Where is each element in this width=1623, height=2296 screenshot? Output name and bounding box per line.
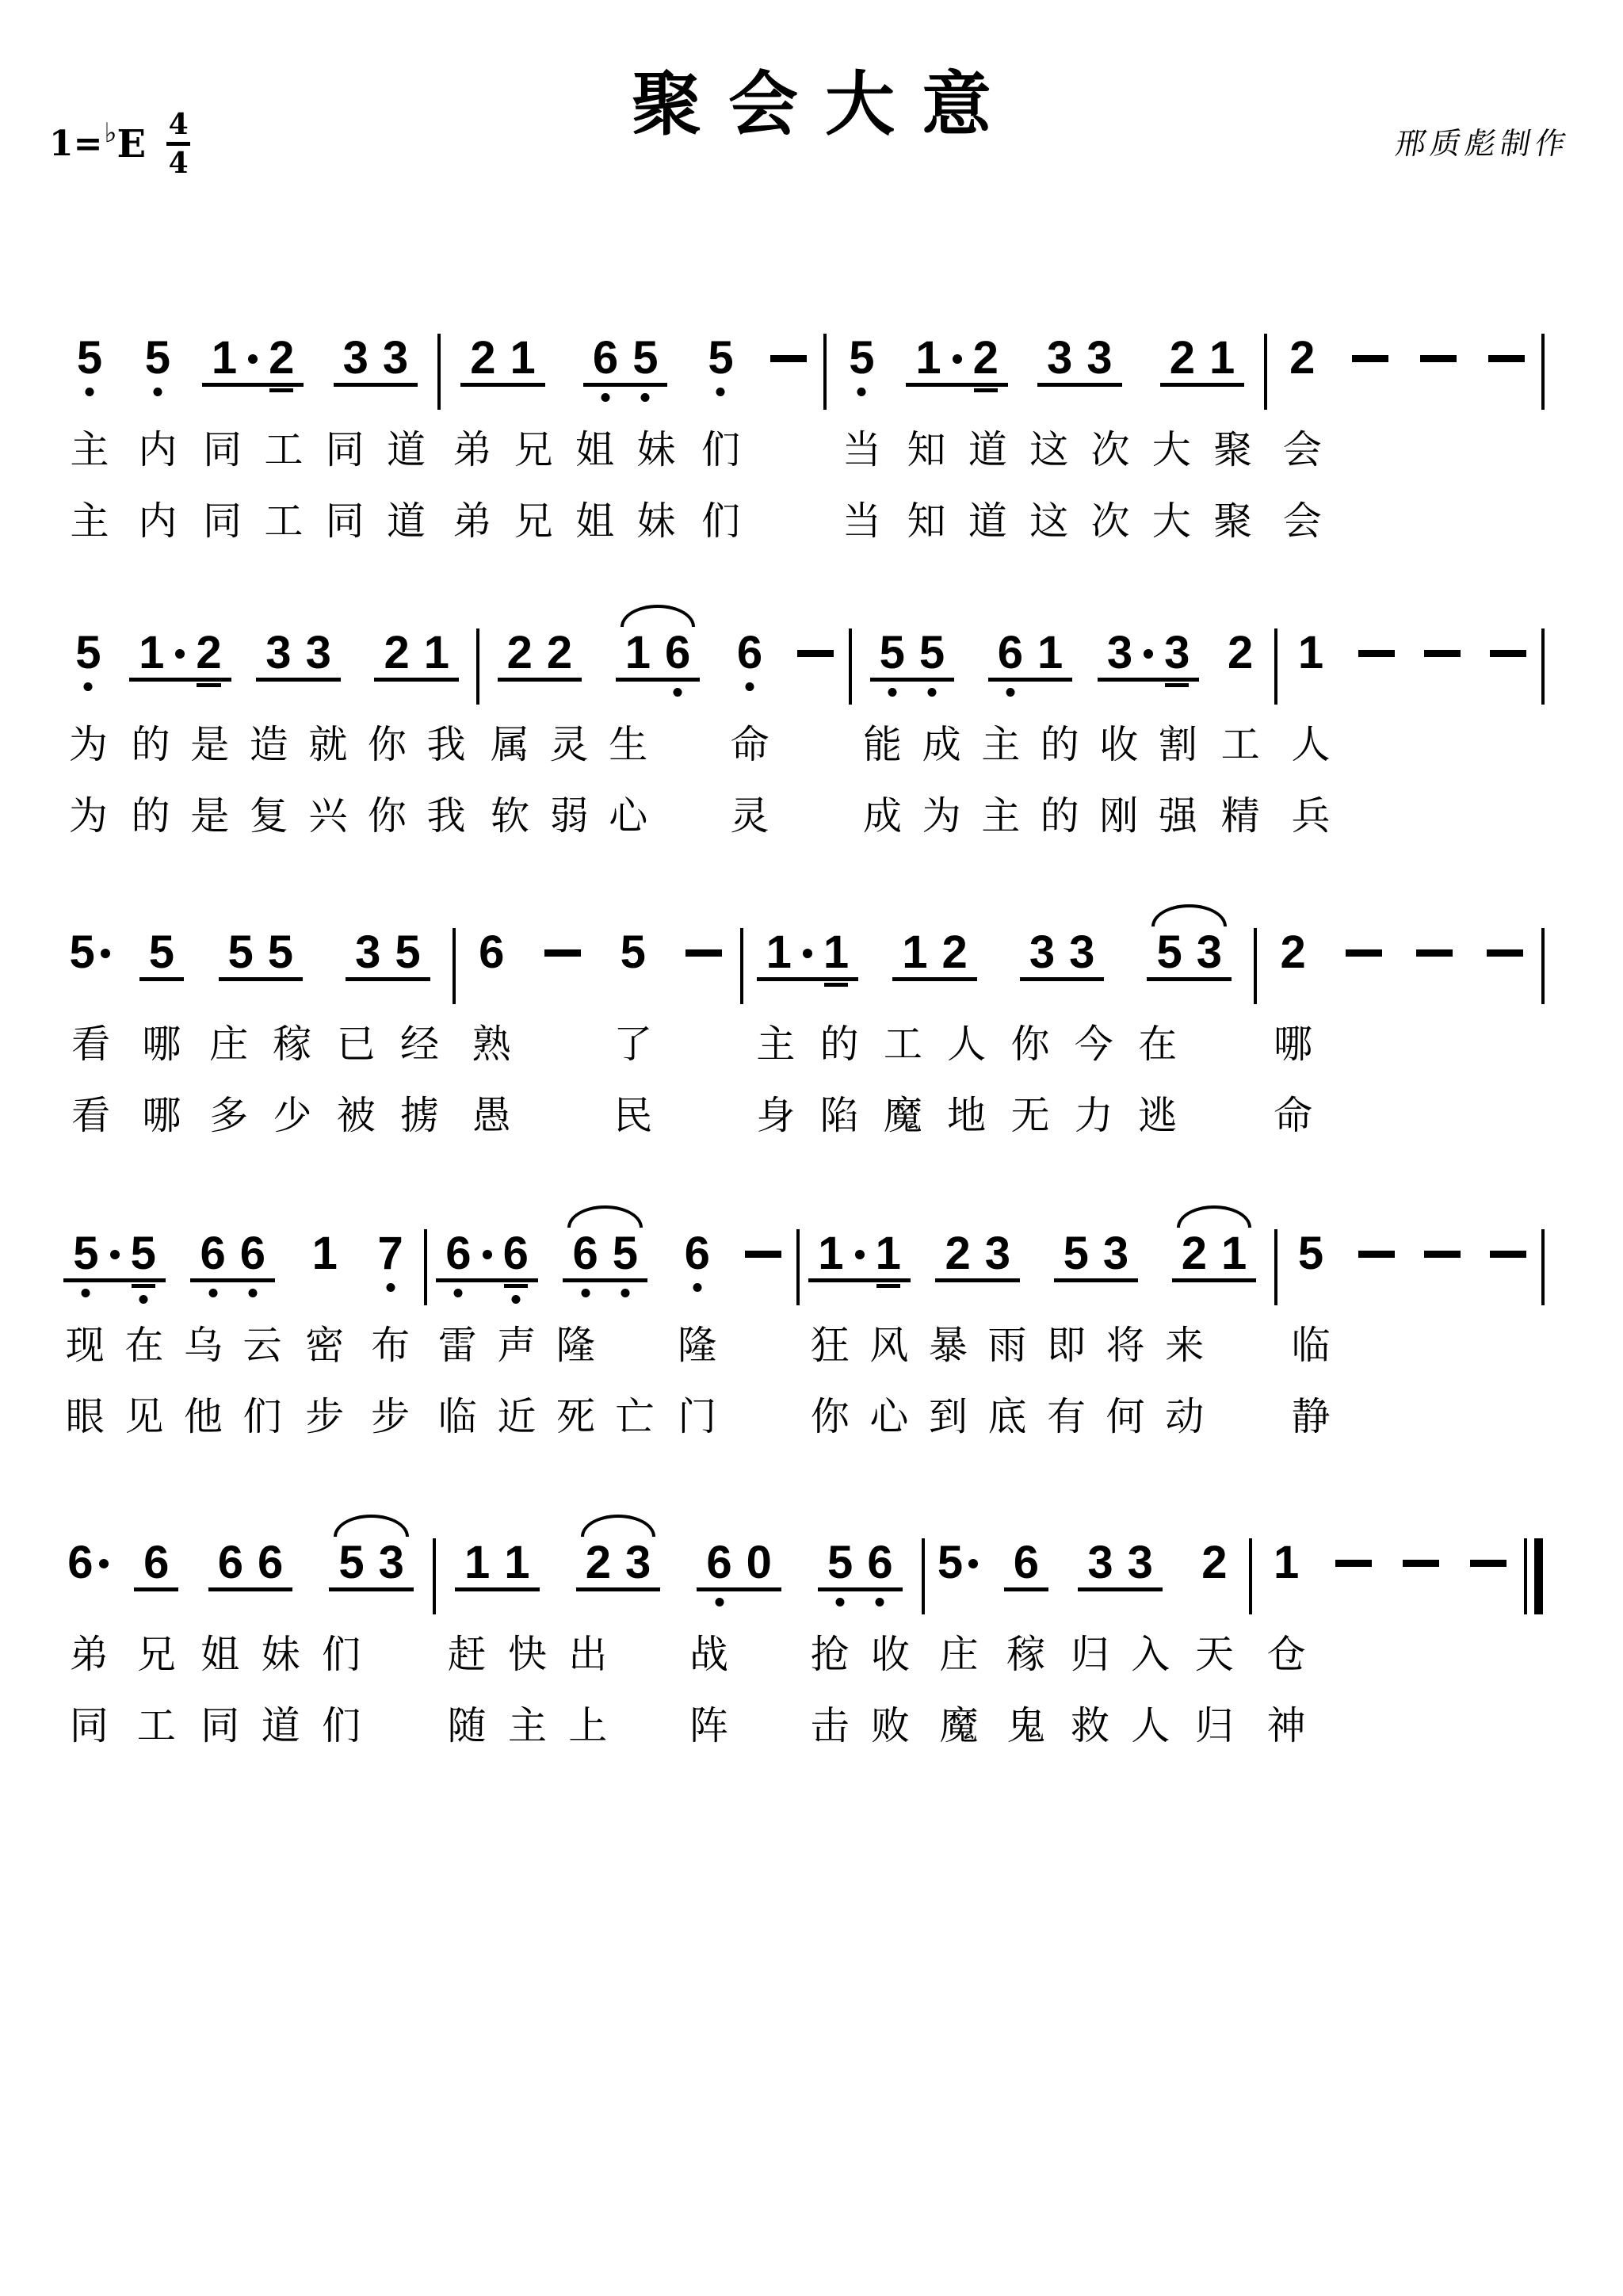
lyric-row-verse-2: 被掳 (324, 1077, 452, 1148)
lyric-syllable: 赶 (448, 1624, 487, 1679)
token-note: 2工精 (1208, 600, 1274, 849)
lyric-syllable: 主 (981, 714, 1020, 770)
note-digit: 1 (1298, 628, 1323, 678)
note-area: 1 (1253, 1510, 1320, 1616)
beam: 22 (498, 628, 582, 682)
note: 3 (985, 1229, 1010, 1278)
note-area: 16 (598, 600, 716, 706)
note: 6 (445, 1229, 471, 1278)
lyric-syllable: 同 (203, 419, 242, 475)
lyric-row-verse-2: 死亡 (546, 1378, 664, 1450)
note: 0 (747, 1538, 772, 1587)
note-digit: 5 (69, 928, 94, 977)
note: 3 (1103, 1229, 1128, 1278)
lyric-syllable: 身 (756, 1085, 795, 1140)
note-digit: 6 (737, 628, 762, 678)
lyric-row-verse-2 (1409, 1378, 1475, 1450)
token-beam-group: 21你我你我 (357, 600, 475, 849)
note-area: 6 (123, 1510, 190, 1616)
key-prefix: 1= (49, 124, 102, 164)
note-digit: 3 (343, 334, 369, 383)
note: 6 (593, 334, 618, 383)
note: 5 (75, 628, 101, 678)
lyric-syllable: 同 (326, 491, 365, 546)
lyric-row-verse-1: 大聚 (1141, 411, 1264, 483)
lyric-row-verse-1: 雷声 (428, 1307, 546, 1378)
note: 6 (737, 628, 762, 678)
lyric-syllable: 将 (1106, 1315, 1145, 1370)
lyric-syllable: 大 (1152, 419, 1191, 475)
lyric-syllable: 兄 (514, 419, 553, 475)
lyric-syllable: 弟 (453, 419, 491, 475)
low-octave-dot (248, 1289, 257, 1297)
note-digit: 3 (306, 628, 331, 678)
token-note: 5们们 (687, 305, 755, 554)
token-note: 5临静 (1278, 1201, 1344, 1450)
lyric-row-verse-1: 现在 (55, 1307, 174, 1378)
lyric-row-verse-1 (782, 706, 848, 777)
note: 1 (464, 1538, 490, 1587)
barline (476, 628, 479, 705)
lyric-row-verse-1: 你今 (999, 1006, 1126, 1077)
lyric-row-verse-1: 熟 (456, 1006, 527, 1077)
note-area: 2 (1181, 1510, 1248, 1616)
lyric-syllable: 雨 (987, 1315, 1026, 1370)
note: 6 (572, 1229, 598, 1278)
lyric-syllable: 内 (138, 491, 177, 546)
lyric-syllable: 无 (1010, 1085, 1049, 1140)
note: 5 (131, 1229, 156, 1278)
note-digit: 2 (1201, 1538, 1227, 1587)
lyric-row-verse-1 (1541, 411, 1545, 483)
note: 5 (77, 334, 102, 383)
lyric-syllable: 同 (203, 491, 242, 546)
augmentation-dot (483, 1250, 492, 1259)
note-area (1343, 600, 1409, 706)
lyric-syllable: 见 (124, 1386, 163, 1442)
note-digit: 5 (149, 928, 174, 977)
token-note: 5庄魔 (926, 1510, 993, 1759)
lyric-syllable: 妹 (636, 491, 675, 546)
note-digit: 1 (818, 1229, 843, 1278)
lyric-row-verse-1: 命 (717, 706, 783, 777)
lyric-row-verse-2 (668, 1077, 739, 1148)
token-note: 6兄工 (123, 1510, 190, 1759)
system-2: 5为为12的是的是33造就复兴21你我你我22属灵软弱16生心6命灵55能成成为… (55, 600, 1545, 849)
note-area: 5 (55, 305, 124, 411)
lyric-row-verse-1: 仓 (1253, 1616, 1320, 1687)
lyric-row-verse-1: 当 (827, 411, 896, 483)
token-beam-group: 61主的主的 (971, 600, 1089, 849)
token-note: 1人兵 (1278, 600, 1344, 849)
lyric-row-verse-2 (1387, 1687, 1454, 1759)
token-note: 5为为 (55, 600, 121, 849)
lyric-row-verse-1 (1541, 706, 1545, 777)
barline (1254, 928, 1257, 1004)
beam-group: 66 (436, 1229, 538, 1282)
token-duration-dash (1475, 1201, 1541, 1450)
beam-group: 33 (256, 628, 341, 682)
note: 3 (1069, 928, 1094, 977)
note-digit: 6 (867, 1538, 892, 1587)
low-octave-dot (857, 388, 866, 396)
note-area: 23 (918, 1201, 1037, 1307)
lyric-row-verse-2 (1336, 483, 1404, 554)
note-digit: 5 (75, 628, 101, 678)
note-digit: 1 (504, 1538, 529, 1587)
note-digit: 3 (1086, 334, 1112, 383)
note-digit: 2 (1228, 628, 1253, 678)
lyric-row-verse-2: 的是 (121, 777, 239, 849)
token-note: 2会会 (1268, 305, 1336, 554)
note: 2 (547, 628, 572, 678)
beam: 12 (906, 334, 1008, 387)
note-digit: 1 (1209, 334, 1235, 383)
low-octave-dot (745, 682, 754, 691)
lyric-row-verse-2: 民 (598, 1077, 668, 1148)
lyric-syllable: 哪 (142, 1014, 181, 1069)
lyric-row-verse-2: 你我 (357, 777, 475, 849)
lyric-row-verse-2 (1472, 483, 1541, 554)
token-note: 6弟同 (55, 1510, 123, 1759)
lyric-syllable: 静 (1291, 1386, 1330, 1442)
lyric-syllable: 的 (1041, 785, 1079, 841)
lyric-syllable: 阵 (689, 1695, 728, 1751)
augmentation-dot (248, 354, 258, 364)
lyric-syllable: 即 (1047, 1315, 1086, 1370)
token-note: 5看看 (55, 900, 126, 1148)
lyric-syllable: 兄 (137, 1624, 176, 1679)
system-3: 5看看5哪哪55庄稼多少35已经被掳6熟愚5了民11主的身陷12工人魔地33你今… (55, 900, 1545, 1148)
lyric-syllable: 归 (1195, 1695, 1234, 1751)
lyric-syllable: 道 (968, 419, 1007, 475)
token-beam-group: 21大聚大聚 (1141, 305, 1264, 554)
token-note: 6稼鬼 (992, 1510, 1060, 1759)
duration-dash (1346, 949, 1382, 957)
lyric-row-verse-1 (1328, 1006, 1399, 1077)
note-area: 55 (197, 900, 324, 1006)
duration-dash (1416, 949, 1453, 957)
lyric-syllable: 这 (1029, 419, 1068, 475)
note-area: 6 (664, 1201, 730, 1307)
lyric-row-verse-2: 归 (1181, 1687, 1248, 1759)
lyric-syllable: 软 (491, 785, 529, 841)
lyric-row-verse-2: 鬼 (992, 1687, 1060, 1759)
lyric-row-verse-1: 归入 (1060, 1616, 1181, 1687)
lyric-row-verse-1: 知道 (896, 411, 1018, 483)
note-digit: 6 (479, 928, 504, 977)
note-digit: 5 (708, 334, 733, 383)
note-area: 22 (480, 600, 598, 706)
note-area: 12 (192, 305, 315, 411)
note-area (730, 1201, 796, 1307)
token-beam-group: 66乌云他们 (174, 1201, 292, 1450)
lyric-syllable: 的 (820, 1014, 859, 1069)
token-beam-group: 33归入救人 (1060, 1510, 1181, 1759)
barline (823, 334, 827, 410)
lyric-syllable: 割 (1159, 714, 1197, 770)
lyric-syllable: 的 (1041, 714, 1079, 770)
token-beam-group: 55现在眼见 (55, 1201, 174, 1450)
lyric-row-verse-2: 阵 (678, 1687, 800, 1759)
lyric-syllable: 出 (568, 1624, 607, 1679)
note-area: 2 (1208, 600, 1274, 706)
lyric-syllable: 为 (69, 714, 108, 770)
lyric-syllable: 强 (1159, 785, 1197, 841)
note-digit: 1 (1274, 1538, 1299, 1587)
lyric-syllable: 看 (71, 1014, 110, 1069)
lyric-syllable: 们 (242, 1386, 281, 1442)
lyric-row-verse-1: 在 (1125, 1006, 1253, 1077)
note-digit: 6 (572, 1229, 598, 1278)
note-area: 55 (853, 600, 971, 706)
lyric-row-verse-1 (1404, 411, 1472, 483)
beam-group: 21 (1172, 1229, 1257, 1282)
lyric-syllable: 掳 (400, 1085, 439, 1140)
beam: 55 (63, 1229, 166, 1282)
low-octave-dot (581, 1289, 590, 1297)
lyric-row-verse-1 (1475, 706, 1541, 777)
lyric-row-verse-1: 姐妹 (190, 1616, 311, 1687)
token-beam-group: 55庄稼多少 (197, 900, 324, 1148)
note-area (1470, 900, 1541, 1006)
low-octave-dot (927, 688, 936, 697)
time-signature-denominator: 4 (169, 148, 189, 178)
slur-arc (581, 1515, 656, 1537)
lyric-row-verse-1 (1472, 411, 1541, 483)
beam: 33 (334, 334, 418, 387)
lyric-syllable: 归 (1071, 1624, 1109, 1679)
note-area (1404, 305, 1472, 411)
lyric-row-verse-2: 姐妹 (564, 483, 687, 554)
token-beam-group: 12的是的是 (121, 600, 239, 849)
note-digit: 5 (395, 928, 420, 977)
augmentation-dot (175, 649, 185, 659)
beam-group: 21 (1160, 334, 1245, 387)
lyric-row-verse-1: 乌云 (174, 1307, 292, 1378)
note-digit: 1 (424, 628, 449, 678)
low-octave-dot (621, 1289, 629, 1297)
lyric-syllable: 陷 (820, 1085, 859, 1140)
note: 5 (69, 928, 94, 977)
note-area: 5 (126, 900, 197, 1006)
note-digit: 6 (706, 1538, 731, 1587)
note-digit: 6 (67, 1538, 93, 1587)
barline (849, 628, 852, 705)
note-area: 33 (239, 600, 357, 706)
lyric-syllable: 次 (1090, 419, 1129, 475)
barline (424, 1229, 427, 1305)
token-beam-group: 33造就复兴 (239, 600, 357, 849)
token-beam-group: 12知道知道 (896, 305, 1018, 554)
beam: 65 (583, 334, 668, 387)
note-digit: 5 (338, 1538, 364, 1587)
lyric-syllable: 败 (871, 1695, 910, 1751)
beam: 21 (460, 334, 545, 387)
beam-group: 53 (1147, 928, 1232, 981)
note-area: 33 (999, 900, 1126, 1006)
augmentation-dot (1144, 649, 1153, 659)
lyric-syllable: 的 (132, 714, 170, 770)
note-digit: 5 (827, 1538, 853, 1587)
augmentation-dot (953, 354, 962, 364)
note: 3 (1029, 928, 1055, 977)
token-beam-group: 12工人魔地 (871, 900, 999, 1148)
lyric-syllable: 知 (907, 419, 945, 475)
lyric-syllable: 底 (987, 1386, 1026, 1442)
beam-group: 53 (329, 1538, 414, 1591)
note-area (1522, 1510, 1545, 1616)
token-duration-dash (1328, 900, 1399, 1148)
lyric-row-verse-1: 你我 (357, 706, 475, 777)
barline (796, 1229, 800, 1305)
token-duration-dash (1470, 900, 1541, 1148)
beam-group: 66 (190, 1229, 275, 1282)
beam: 11 (455, 1538, 540, 1591)
token-note: 1仓神 (1253, 1510, 1320, 1759)
token-duration-dash (1404, 305, 1472, 554)
lyric-syllable: 鬼 (1006, 1695, 1045, 1751)
lyric-row-verse-1: 稼 (992, 1616, 1060, 1687)
duration-dash (1335, 1560, 1372, 1567)
lyric-row-verse-2: 主的 (971, 777, 1089, 849)
lyric-syllable: 这 (1029, 491, 1068, 546)
system-4: 55现在眼见66乌云他们1密步7布步66雷声临近65隆死亡6隆门11狂风你心23… (55, 1201, 1545, 1450)
note-area: 6 (717, 600, 783, 706)
beam: 33 (1078, 1538, 1163, 1591)
note-digit: 3 (1087, 1538, 1113, 1587)
lyric-row-verse-2: 静 (1278, 1378, 1344, 1450)
note: 2 (1182, 1229, 1207, 1278)
beam: 56 (818, 1538, 903, 1591)
token-duration-dash (1343, 600, 1409, 849)
duration-dash (770, 355, 807, 362)
beam-group: 65 (583, 334, 668, 387)
note: 5 (268, 928, 293, 977)
beam: 33 (1098, 628, 1200, 682)
lyric-syllable: 门 (678, 1386, 716, 1442)
note-area: 35 (324, 900, 452, 1006)
lyric-row-verse-1: 布 (357, 1307, 423, 1378)
lyric-row-verse-2: 同道 (315, 483, 437, 554)
lyric-row-verse-1: 工 (1208, 706, 1274, 777)
flat-sign: ♭ (104, 117, 116, 149)
lyric-syllable: 死 (556, 1386, 595, 1442)
beam-group: 21 (374, 628, 459, 682)
lyric-syllable: 风 (869, 1315, 908, 1370)
lyric-row-verse-1 (730, 1307, 796, 1378)
lyric-syllable: 你 (368, 714, 407, 770)
lyric-row-verse-2: 同工 (192, 483, 315, 554)
note: 5 (880, 628, 905, 678)
lyric-row-verse-1: 庄稼 (197, 1006, 324, 1077)
note-area: 21 (1141, 305, 1264, 411)
note: 5 (1064, 1229, 1089, 1278)
note: 1 (1209, 334, 1235, 383)
lyric-syllable: 灵 (550, 714, 589, 770)
lyric-syllable: 已 (337, 1014, 376, 1069)
note: 2 (942, 928, 968, 977)
token-note: 5哪哪 (126, 900, 197, 1148)
lyric-syllable: 知 (907, 491, 945, 546)
low-octave-dot (511, 1295, 520, 1304)
low-octave-dot (674, 688, 682, 697)
slur-arc (1151, 904, 1227, 926)
note-area (1343, 1201, 1409, 1307)
duration-dash (1488, 355, 1525, 362)
lyric-row-verse-2 (527, 1077, 598, 1148)
lyric-row-verse-1: 隆 (546, 1307, 664, 1378)
note-digit: 5 (1298, 1229, 1323, 1278)
lyric-syllable: 快 (508, 1624, 547, 1679)
note-digit: 2 (1170, 334, 1195, 383)
note-digit: 3 (1164, 628, 1190, 678)
note-area: 6 (55, 1510, 123, 1616)
beam: 55 (219, 928, 304, 981)
lyric-syllable: 次 (1090, 491, 1129, 546)
duration-dash (1424, 1251, 1461, 1258)
beam: 66 (190, 1229, 275, 1282)
token-duration-dash (730, 1201, 796, 1450)
duration-dash (1352, 355, 1388, 362)
lyric-row-verse-1: 临 (1278, 1307, 1344, 1378)
note-area (1541, 900, 1545, 1006)
lyric-syllable: 工 (884, 1014, 922, 1069)
low-octave-dot (82, 1289, 90, 1297)
low-octave-dot (641, 393, 650, 402)
note: 1 (818, 1229, 843, 1278)
note-area: 5 (124, 305, 192, 411)
lyric-row-verse-2: 会 (1268, 483, 1336, 554)
lyric-syllable: 当 (842, 419, 881, 475)
beam-group: 11 (455, 1538, 540, 1591)
lyric-syllable: 击 (811, 1695, 850, 1751)
note-digit: 1 (139, 628, 164, 678)
note-digit: 2 (269, 334, 294, 383)
lyric-syllable: 战 (689, 1624, 728, 1679)
note: 5 (395, 928, 420, 977)
note: 5 (145, 334, 170, 383)
lyric-row-verse-2: 身陷 (744, 1077, 872, 1148)
lyric-row-verse-1: 属灵 (480, 706, 598, 777)
lyric-row-verse-1: 的是 (121, 706, 239, 777)
lyric-syllable: 成 (922, 714, 961, 770)
lyric-syllable: 临 (438, 1386, 477, 1442)
note-digit: 5 (131, 1229, 156, 1278)
duration-dash (544, 949, 581, 957)
note: 2 (586, 1538, 611, 1587)
lyric-row-verse-1 (1475, 1307, 1541, 1378)
note: 2 (1289, 334, 1315, 383)
barline (1274, 1229, 1277, 1305)
beam: 61 (988, 628, 1073, 682)
note-digit: 2 (384, 628, 409, 678)
token-beam-group: 56抢收击败 (800, 1510, 921, 1759)
note: 1 (312, 1229, 338, 1278)
lyric-row-verse-2: 灵 (717, 777, 783, 849)
note-digit: 3 (355, 928, 380, 977)
note-digit: 6 (503, 1229, 529, 1278)
beam: 11 (757, 928, 859, 981)
note: 1 (1298, 628, 1323, 678)
lyric-syllable: 乌 (184, 1315, 223, 1370)
lyric-row-verse-2: 内 (124, 483, 192, 554)
note: 6 (143, 1538, 169, 1587)
beam-group: 55 (219, 928, 304, 981)
beam-group: 23 (935, 1229, 1020, 1282)
lyric-syllable: 主 (508, 1695, 547, 1751)
lyric-row-verse-2 (1320, 1687, 1388, 1759)
